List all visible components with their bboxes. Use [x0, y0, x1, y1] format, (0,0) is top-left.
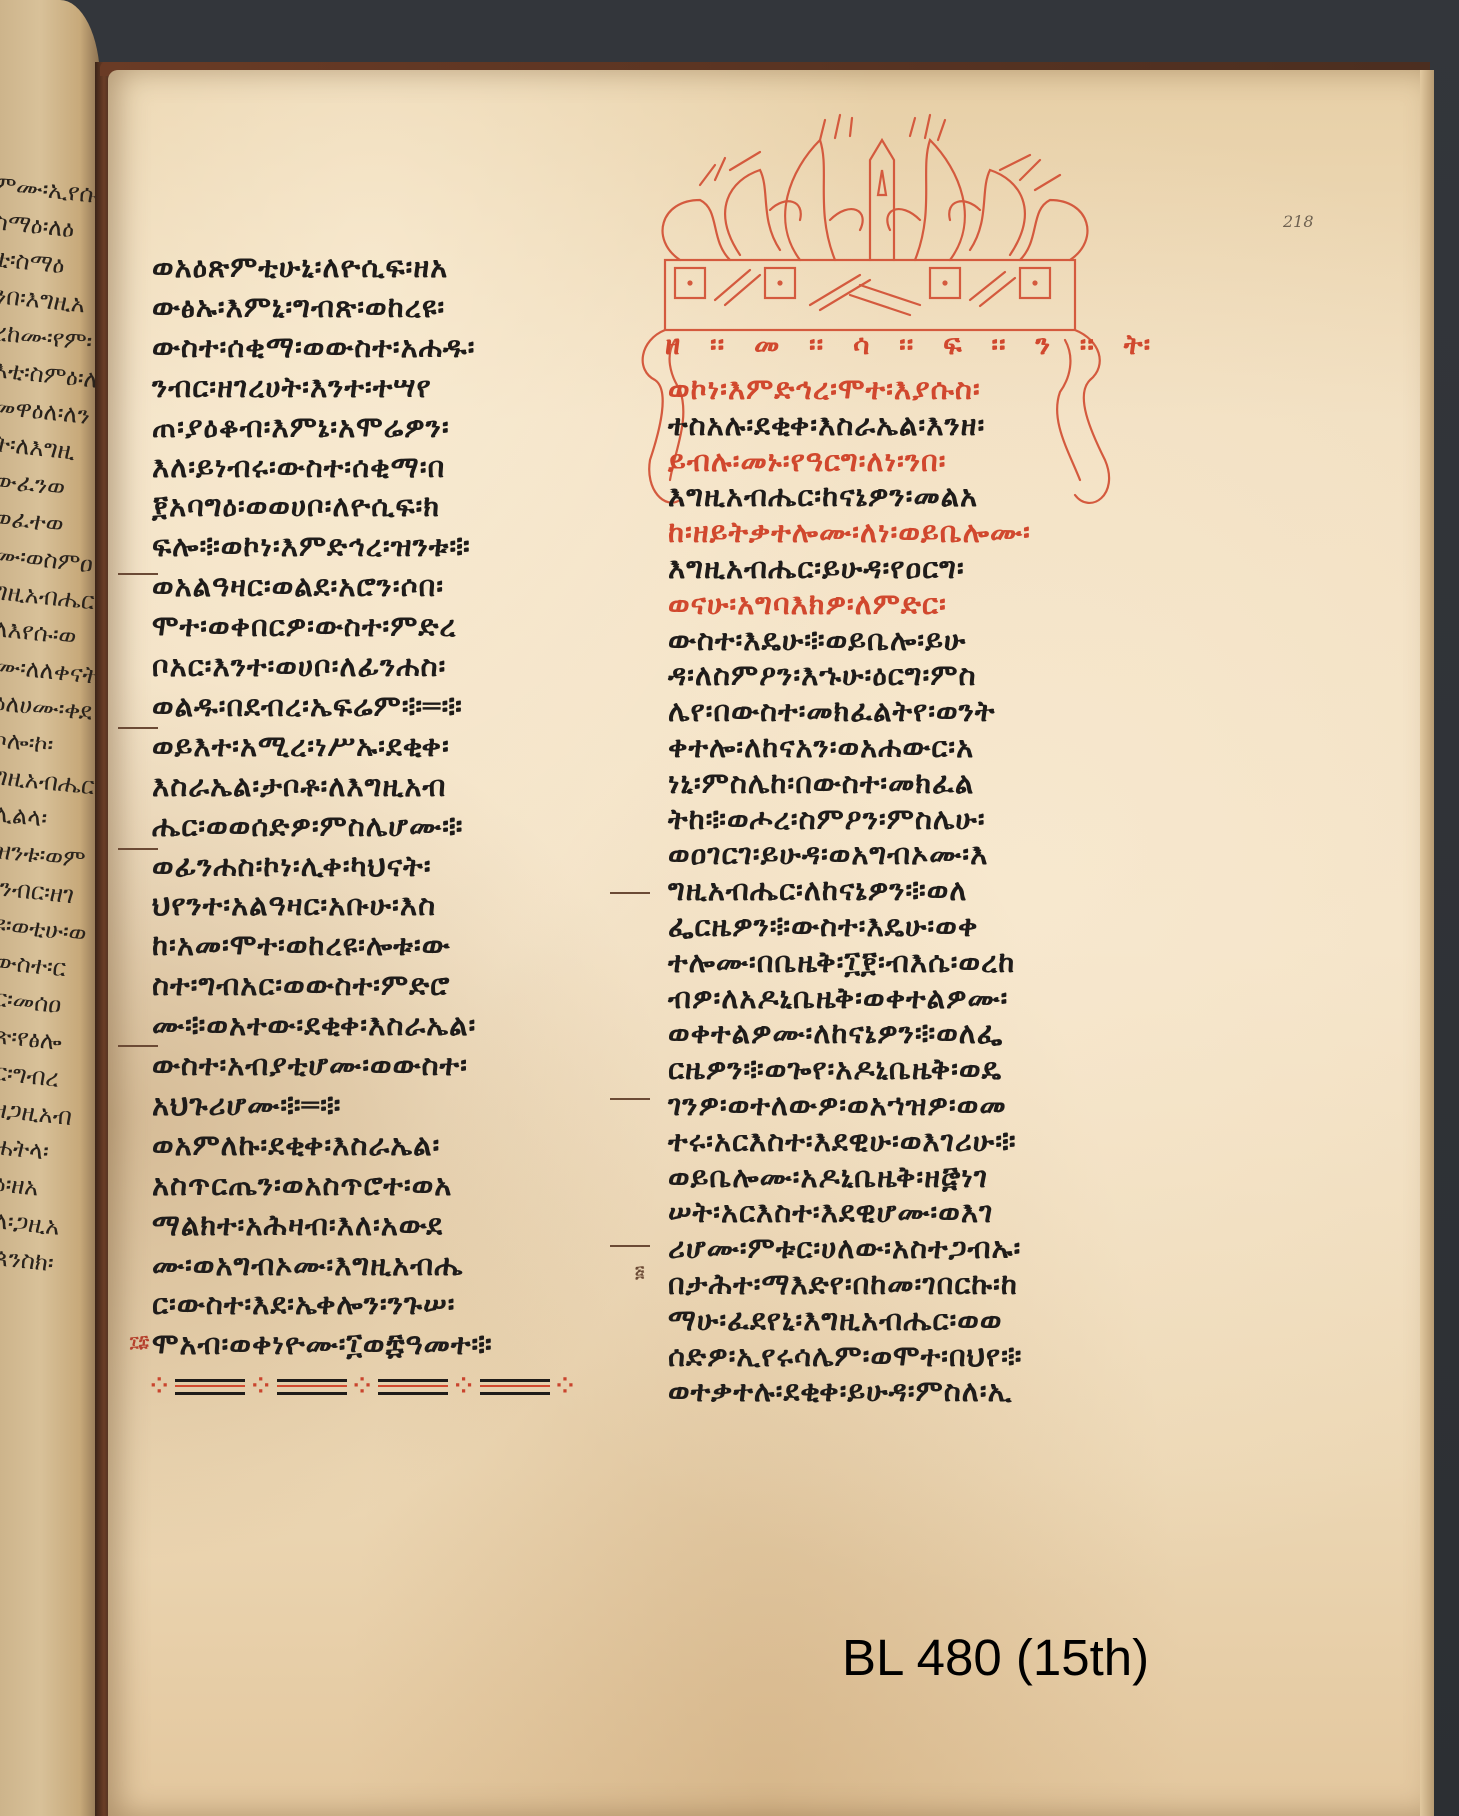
previous-page-line: ፡ንብር፡ዘገ [0, 873, 75, 909]
previous-page-line: ውስተ፡ር [0, 947, 67, 982]
previous-page-line: ግዚአብሔር [0, 762, 96, 800]
ornament-dots-icon: ⁘ [454, 1374, 473, 1399]
text-line: ሌየ፡በውስተ፡መክፈልትየ፡ወንት [668, 694, 995, 729]
margin-mark [610, 1245, 650, 1247]
previous-page-line: ሐትላ፡ [0, 1132, 50, 1166]
previous-page-line: ሙ፡ወስምዐ [0, 540, 94, 578]
text-line: ርዜዎን፨ወጐየ፡አዶኒቤዜቅ፡ወዴ [668, 1052, 1002, 1087]
text-line: ንብር፡ዘገረሀት፡እንተ፡ተሣየ [152, 370, 432, 405]
text-line: ወዐገርገ፡ይሁዳ፡ወአግብኦሙ፡እ [668, 837, 988, 872]
margin-mark [610, 892, 650, 894]
manuscript-caption: BL 480 (15th) [842, 1628, 1149, 1687]
text-line: እግዚአብሔር፡ይሁዳ፡የዐርግ፡ [668, 551, 965, 586]
ornament-dots-icon: ⁘ [556, 1374, 575, 1399]
previous-page-line: ግዚአብሔር [0, 577, 96, 615]
text-line: ውስተ፡እዴሁ፨ወይቤሎ፡ይሁ [668, 623, 966, 658]
double-rule [175, 1379, 245, 1395]
text-line: ማልክተ፡አሕዛብ፡እለ፡አውደ [152, 1208, 443, 1243]
text-line: ፻አባግዕ፡ወወሀቦ፡ለዮሲፍ፡ክ [152, 489, 440, 524]
text-line: ህየንተ፡አልዓዛር፡አቡሁ፡እስ [152, 888, 436, 923]
previous-page-line: ጳንስክ፡ [0, 1243, 55, 1277]
text-line: ተሎሙ፡በቤዜቅ፡፲፻፡ብእሴ፡ወረከ [668, 945, 1015, 980]
ornament-dots-icon: ⁘ [251, 1374, 270, 1399]
double-rule [378, 1379, 448, 1395]
text-line: ውፅኡ፡እምኒ፡ግብጽ፡ወከረዩ፡ [152, 290, 445, 325]
previous-page-line: ለእየሱ፡ወ [0, 614, 78, 650]
text-line: ሙ፡ወአግብኦሙ፡እግዚአብሔ [152, 1248, 463, 1283]
text-line: ሪሆሙ፡ምቱር፡ሀለው፡አስተጋብኡ፡ [668, 1231, 1021, 1266]
margin-mark [118, 1045, 158, 1047]
double-rule [277, 1379, 347, 1395]
text-line: ወተቃተሉ፡ደቂቀ፡ይሁዳ፡ምስለ፡ኢ [668, 1374, 1012, 1409]
text-line: ወኮነ፡እምድኅረ፡ሞተ፡እያሱስ፡ [668, 372, 981, 407]
double-rule [480, 1379, 550, 1395]
text-line: ብዎ፡ለአዶኒቤዜቅ፡ወቀተልዎሙ፡ [668, 981, 1008, 1016]
text-line: እለ፡ይነብሩ፡ውስተ፡ሰቂማ፡በ [152, 450, 445, 485]
previous-page-line: ረከሙ፡የም፡ [0, 318, 94, 356]
previous-page-line: ምሙ፡ኢየሱ [0, 170, 100, 209]
folio-number: 218 [1283, 212, 1314, 231]
previous-page-line: ወፈተወ [0, 503, 65, 538]
ornament-dots-icon: ⁘ [353, 1374, 372, 1399]
text-line: አህጉሪሆሙ፨═፨ [152, 1088, 341, 1123]
text-line: ዳ፡ለስምዖን፡እኁሁ፡ዕርግ፡ምስ [668, 658, 976, 693]
text-line: ፍሎ፨ወኮነ፡እምድኅረ፡ዝንቱ፨ [152, 529, 471, 564]
text-line: ወፊንሐስ፡ኮነ፡ሊቀ፡ካህናት፡ [152, 849, 432, 884]
previous-page-line: ሙ፡ለለቀናት [0, 651, 100, 690]
previous-page-line: እቲ፡ስምዕ፡ለ [0, 355, 99, 394]
previous-page-line: ዘጋዚአብ [0, 1095, 73, 1131]
text-line: ሠት፡አርእስተ፡እደዊሆሙ፡ወእገ [668, 1195, 993, 1230]
text-line: ቦአር፡እንተ፡ወሀቦ፡ለፊንሐስ፡ [152, 649, 446, 684]
ornament-dots-icon: ⁘ [150, 1374, 169, 1399]
margin-note: ፲፰ [130, 1332, 149, 1352]
text-line: ፌርዜዎን፨ውስተ፡እዴሁ፡ወቀ [668, 909, 978, 944]
previous-page-line: ሊልላ፡ [0, 799, 49, 832]
text-line: እስራኤል፡ታቦቶ፡ለእግዚአብ [152, 769, 446, 804]
text-line: ይብሉ፡መኑ፡የዓርግ፡ለነ፡ንበ፡ [668, 444, 947, 479]
text-line: ትከ፨ወሖረ፡ስምዖን፡ምስሌሁ፡ [668, 802, 986, 837]
text-line: ገንዎ፡ወተለውዎ፡ወአኀዝዎ፡ወመ [668, 1088, 1007, 1123]
text-line: ሔር፡ወወሰድዎ፡ምስሌሆሙ፨ [152, 809, 463, 844]
previous-page-line: ስማዕ፡ለዕ [0, 207, 76, 243]
previous-page-line: ዩ፡ወቲሁ፡ወ [0, 910, 88, 948]
text-line: ወቀተልዎሙ፡ለከናኔዎን፨ወለፌ [668, 1016, 1003, 1051]
previous-page-line: ር፡ግብረ [0, 1058, 60, 1093]
folio-fore-edge [1420, 70, 1434, 1816]
previous-page-line: ዕለሀሙ፡ቀደ [0, 688, 94, 726]
text-line: ወይቤሎሙ፡አዶኒቤዜቅ፡ዘ፸ነገ [668, 1160, 988, 1195]
text-line: ማሁ፡ፈደየኒ፡እግዚአብሔር፡ወወ [668, 1303, 1002, 1338]
text-line: ውስተ፡አብያቲሆሙ፡ወውስተ፡ [152, 1048, 468, 1083]
previous-page-line: ጽ፡የፅሎ [0, 1021, 63, 1056]
text-line: ቀተሎ፡ለከናአን፡ወአሐውር፡አ [668, 730, 974, 765]
text-line: ተስአሉ፡ደቂቀ፡እስራኤል፡እንዘ፡ [668, 408, 985, 443]
previous-page-line: ዝንቱ፡ወም [0, 836, 87, 873]
text-line: ግዚአብሔር፡ለከናኔዎን፨ወለ [668, 873, 967, 908]
text-line: ወአምለኩ፡ደቂቀ፡እስራኤል፡ [152, 1128, 440, 1163]
text-line: ወልዱ፡በደብረ፡ኤፍሬም፨═፨ [152, 689, 463, 724]
text-line: ከ፡አመ፡ሞተ፡ወከረዩ፡ሎቱ፡ው [152, 928, 451, 963]
text-line: በታሕተ፡ማእድየ፡በከመ፡ገበርኩ፡ከ [668, 1267, 1018, 1302]
previous-page-line: ት፡ለእግዚ [0, 429, 76, 465]
previous-page-edge: ምሙ፡ኢየሱስማዕ፡ለዕቲ፡ስማዕንበ፡እግዚአረከሙ፡የም፡እቲ፡ስምዕ፡ለመ… [0, 0, 100, 1816]
text-line: ሞተ፡ወቀበርዎ፡ውስተ፡ምድረ [152, 609, 457, 644]
text-line: ሞአብ፡ወቀነዮሙ፡፲ወ፰ዓመተ፨ [152, 1327, 493, 1362]
previous-page-line: ቲ፡ስማዕ [0, 244, 66, 279]
text-line: ወናሁ፡አግባእክዎ፡ለምድር፡ [668, 587, 947, 622]
text-line: አስጥርጤን፡ወአስጥሮተ፡ወአ [152, 1168, 452, 1203]
previous-page-line: ዕ፡ዘአ [0, 1169, 40, 1202]
text-line: ሙ፨ወአተው፡ደቂቀ፡እስራኤል፡ [152, 1008, 476, 1043]
text-line: ወይእተ፡አሚረ፡ነሥኡ፡ደቂቀ፡ [152, 729, 450, 764]
previous-page-line: መዋዕለ፡ለን [0, 392, 91, 430]
text-line: ከ፡ዘይትቃተሎሙ፡ለነ፡ወይቤሎሙ፡ [668, 515, 1031, 550]
previous-page-line: ኮሎ፡ኮ፡ [0, 725, 55, 759]
text-line: ስተ፡ግብአር፡ወውስተ፡ምድሮ [152, 968, 450, 1003]
end-ornament: ⁘⁘⁘⁘⁘ [150, 1374, 575, 1399]
text-line: ወአዕጽምቲሁኒ፡ለዮሲፍ፡ዘአ [152, 250, 448, 285]
text-line: ነኒ፡ምስሌከ፡በውስተ፡መክፈል [668, 766, 974, 801]
text-line: ር፡ውስተ፡እደ፡ኤቀሎን፡ንጉሠ፡ [152, 1287, 456, 1322]
previous-page-line: ለ፡ጋዚአ [0, 1206, 61, 1241]
margin-mark [610, 1098, 650, 1100]
text-line: ተሩ፡አርእስተ፡እደዊሁ፡ወእገሪሁ፨ [668, 1124, 1017, 1159]
previous-page-line: ውፈንወ [0, 466, 67, 501]
text-line: ውስተ፡ሰቂማ፡ወውስተ፡አሐዱ፡ [152, 330, 475, 365]
previous-page-line: ር፡መሰዐ [0, 984, 63, 1019]
margin-note: ፭ [635, 1262, 644, 1282]
text-line: ወአልዓዛር፡ወልደ፡አሮን፡ሶበ፡ [152, 569, 444, 604]
previous-page-line: ንበ፡እግዚአ [0, 281, 87, 318]
text-line: እግዚአብሔር፡ከናኔዎን፡መልአ [668, 479, 978, 514]
section-heading: ዘ ፡፡ መ ፡፡ ሳ ፡፡ ፍ ፡፡ ን ፡፡ ት፡ [665, 328, 1151, 362]
text-line: ሰድዎ፡ኢየሩሳሌም፡ወሞተ፡በህየ፨ [668, 1339, 1022, 1374]
text-line: ጠ፡ያዕቆብ፡እምኔ፡አሞሬዎን፡ [152, 410, 450, 445]
